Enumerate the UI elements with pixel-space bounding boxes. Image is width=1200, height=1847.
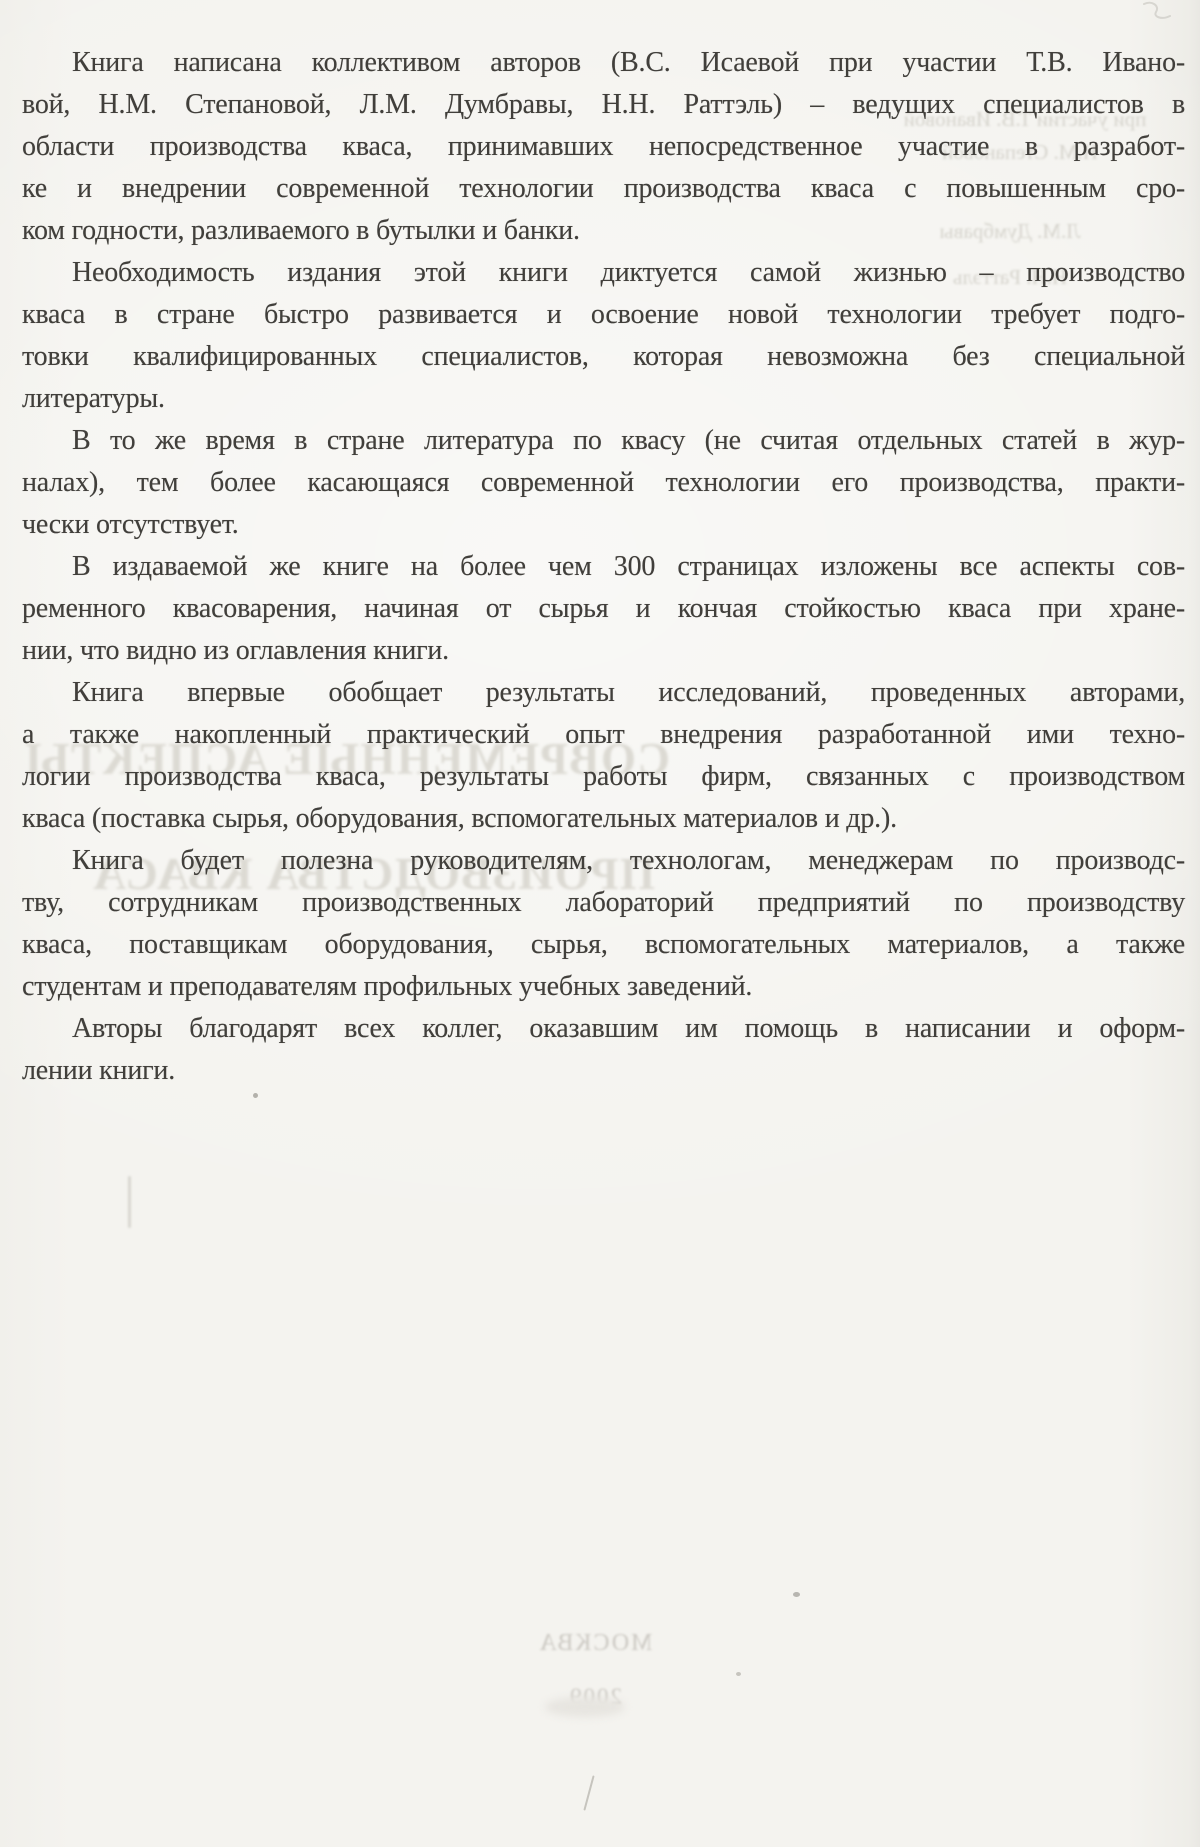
paragraph: Книга написана коллективом авторов (В.С.… [22,42,1185,252]
text-line: ременного квасоварения, начиная от сырья… [22,588,1185,630]
text-line: вой, Н.М. Степановой, Л.М. Думбравы, Н.Н… [22,84,1185,126]
pen-mark [1138,0,1178,26]
text-line: Книга написана коллективом авторов (В.С.… [22,42,1185,84]
text-line: В издаваемой же книге на более чем 300 с… [22,546,1185,588]
text-line: ком годности, разливаемого в бутылки и б… [22,210,1185,252]
paragraph: В издаваемой же книге на более чем 300 с… [22,546,1185,672]
text-line: Книга будет полезна руководителям, техно… [22,840,1185,882]
book-page: при участии Т.В. Ивановой Н.М. Степаново… [0,0,1200,1847]
paper-speck [793,1592,800,1597]
ghost-city: МОСКВА [515,1630,675,1657]
text-line: налах), тем более касающаяся современной… [22,462,1185,504]
paragraph: Необходимость издания этой книги диктует… [22,252,1185,420]
paragraph: В то же время в стране литература по ква… [22,420,1185,546]
text-line: нии, что видно из оглавления книги. [22,630,1185,672]
text-line: ке и внедрении современной технологии пр… [22,168,1185,210]
text-layer: Книга написана коллективом авторов (В.С.… [22,42,1185,1092]
text-line: В то же время в стране литература по ква… [22,420,1185,462]
text-line: логии производства кваса, результаты раб… [22,756,1185,798]
paragraph: Книга будет полезна руководителям, техно… [22,840,1185,1008]
text-line: а также накопленный практический опыт вн… [22,714,1185,756]
paragraph: Книга впервые обобщает результаты исслед… [22,672,1185,840]
text-line: кваса в стране быстро развивается и осво… [22,294,1185,336]
text-line: товки квалифицированных специалистов, ко… [22,336,1185,378]
text-line: Книга впервые обобщает результаты исслед… [22,672,1185,714]
text-line: студентам и преподавателям профильных уч… [22,966,1185,1008]
paper-smudge [128,1176,131,1228]
text-line: тву, сотрудникам производственных лабора… [22,882,1185,924]
text-line: Авторы благодарят всех коллег, оказавшим… [22,1008,1185,1050]
text-line: литературы. [22,378,1185,420]
paper-speck [253,1093,258,1098]
text-line: лении книги. [22,1050,1185,1092]
text-line: кваса, поставщикам оборудования, сырья, … [22,924,1185,966]
scan-scratch [583,1775,594,1810]
paper-smudge [545,1697,625,1717]
paragraph: Авторы благодарят всех коллег, оказавшим… [22,1008,1185,1092]
text-line: чески отсутствует. [22,504,1185,546]
text-line: Необходимость издания этой книги диктует… [22,252,1185,294]
paper-speck [736,1672,741,1676]
text-line: области производства кваса, принимавших … [22,126,1185,168]
text-line: кваса (поставка сырья, оборудования, всп… [22,798,1185,840]
